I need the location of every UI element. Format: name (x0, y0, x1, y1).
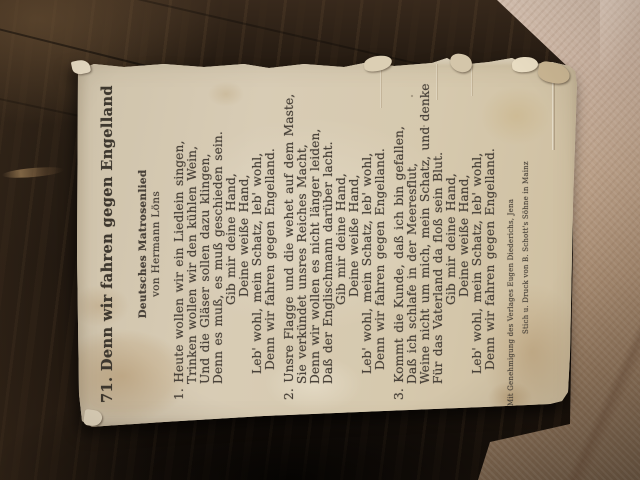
song-author: von Hermann Löns (150, 68, 162, 420)
song-subtitle: Deutsches Matrosenlied (137, 68, 149, 420)
fore-edge-highlight (600, 0, 640, 70)
song-page-paper: 71. Denn wir fahren gegen Engelland Deut… (64, 54, 586, 434)
page-content: 71. Denn wir fahren gegen Engelland Deut… (80, 68, 570, 420)
refrain-line: Denn wir fahren gegen Engelland. (264, 68, 277, 370)
verse-2: 2. Unsre Flagge und die wehet auf dem Ma… (283, 68, 387, 400)
photo-scene: 71. Denn wir fahren gegen Engelland Deut… (0, 0, 640, 480)
refrain-line: Denn wir fahren gegen Engelland. (374, 68, 387, 370)
imprint: Mit Genehmigung des Verlages Eugen Diede… (504, 161, 534, 406)
song-number-title: 71. Denn wir fahren gegen Engelland (99, 68, 116, 420)
imprint-line-permission: Mit Genehmigung des Verlages Eugen Diede… (504, 161, 519, 406)
song-page: 71. Denn wir fahren gegen Engelland Deut… (64, 54, 586, 434)
imprint-line-printer: Stich u. Druck von B. Schott's Söhne in … (519, 161, 534, 334)
refrain-line: Denn wir fahren gegen Engelland. (484, 68, 497, 370)
verse-1: 1. Heute wollen wir ein Liedlein singen,… (173, 68, 277, 400)
verses: 1. Heute wollen wir ein Liedlein singen,… (173, 68, 497, 420)
verse-3: 3. Kommt die Kunde, daß ich bin gefallen… (393, 68, 497, 400)
